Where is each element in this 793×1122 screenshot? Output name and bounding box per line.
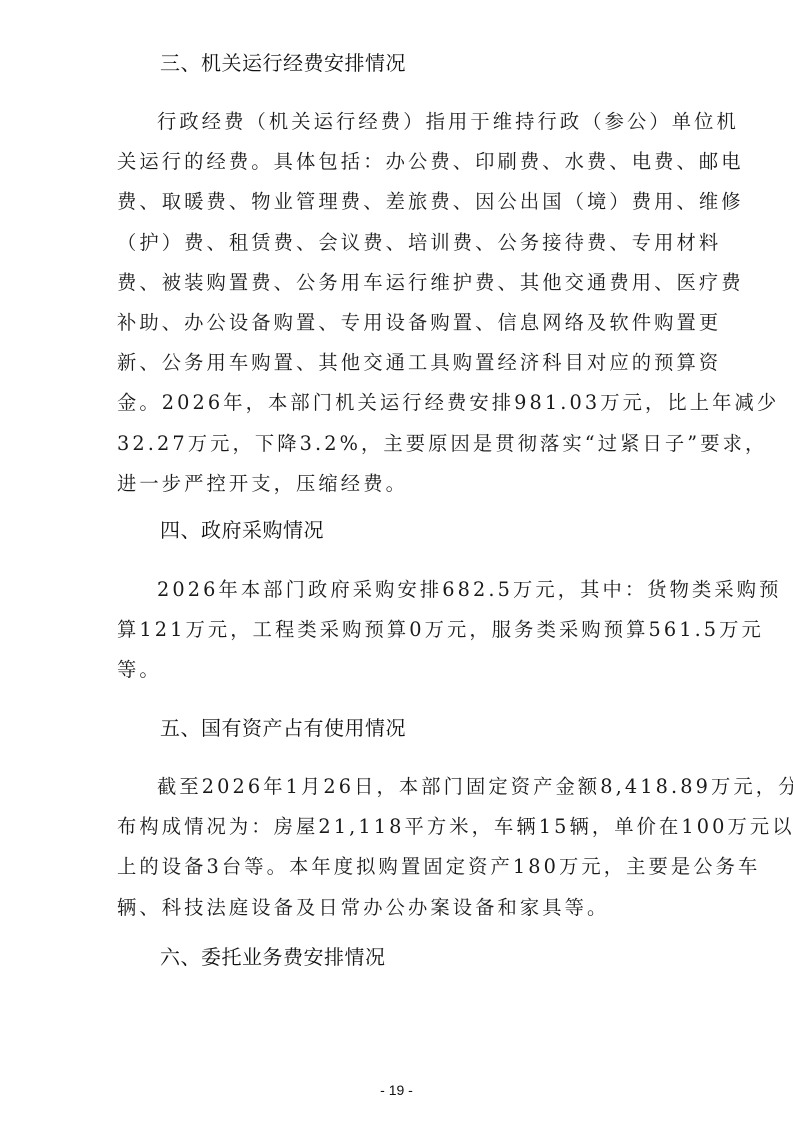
paragraph-line: 辆、科技法庭设备及日常办公办案设备和家具等。 — [117, 888, 679, 928]
paragraph-line: 32.27万元，下降3.2%，主要原因是贯彻落实“过紧日子”要求， — [117, 424, 679, 464]
paragraph-line: 行政经费（机关运行经费）指用于维持行政（参公）单位机 — [117, 102, 679, 142]
paragraph-line: 上的设备3台等。本年度拟购置固定资产180万元，主要是公务车 — [117, 847, 679, 887]
section-heading-state-assets: 五、国有资产占有使用情况 — [160, 712, 406, 741]
section-heading-government-procurement: 四、政府采购情况 — [160, 514, 324, 543]
section-heading-operating-expenses: 三、机关运行经费安排情况 — [160, 47, 406, 76]
document-page: 三、机关运行经费安排情况 行政经费（机关运行经费）指用于维持行政（参公）单位机 … — [0, 0, 793, 1122]
paragraph-line: 等。 — [117, 650, 679, 690]
paragraph-line: 2026年本部门政府采购安排682.5万元，其中：货物类采购预 — [117, 570, 679, 610]
paragraph-line: （护）费、租赁费、会议费、培训费、公务接待费、专用材料 — [117, 223, 679, 263]
paragraph-line: 费、被装购置费、公务用车运行维护费、其他交通费用、医疗费 — [117, 263, 679, 303]
paragraph-line: 金。2026年，本部门机关运行经费安排981.03万元，比上年减少 — [117, 383, 679, 423]
paragraph-line: 补助、办公设备购置、专用设备购置、信息网络及软件购置更 — [117, 303, 679, 343]
paragraph-line: 截至2026年1月26日，本部门固定资产金额8,418.89万元，分 — [117, 767, 679, 807]
paragraph-line: 费、取暖费、物业管理费、差旅费、因公出国（境）费用、维修 — [117, 182, 679, 222]
section-paragraph-state-assets: 截至2026年1月26日，本部门固定资产金额8,418.89万元，分 布构成情况… — [117, 767, 679, 928]
paragraph-line: 进一步严控开支，压缩经费。 — [117, 464, 679, 504]
paragraph-line: 关运行的经费。具体包括：办公费、印刷费、水费、电费、邮电 — [117, 142, 679, 182]
page-number: - 19 - — [0, 1082, 793, 1098]
section-paragraph-operating-expenses: 行政经费（机关运行经费）指用于维持行政（参公）单位机 关运行的经费。具体包括：办… — [117, 102, 679, 504]
paragraph-line: 算121万元，工程类采购预算0万元，服务类采购预算561.5万元 — [117, 610, 679, 650]
paragraph-line: 新、公务用车购置、其他交通工具购置经济科目对应的预算资 — [117, 343, 679, 383]
paragraph-line: 布构成情况为：房屋21,118平方米，车辆15辆，单价在100万元以 — [117, 807, 679, 847]
section-paragraph-government-procurement: 2026年本部门政府采购安排682.5万元，其中：货物类采购预 算121万元，工… — [117, 570, 679, 691]
section-heading-commissioned-business-fees: 六、委托业务费安排情况 — [160, 941, 386, 970]
